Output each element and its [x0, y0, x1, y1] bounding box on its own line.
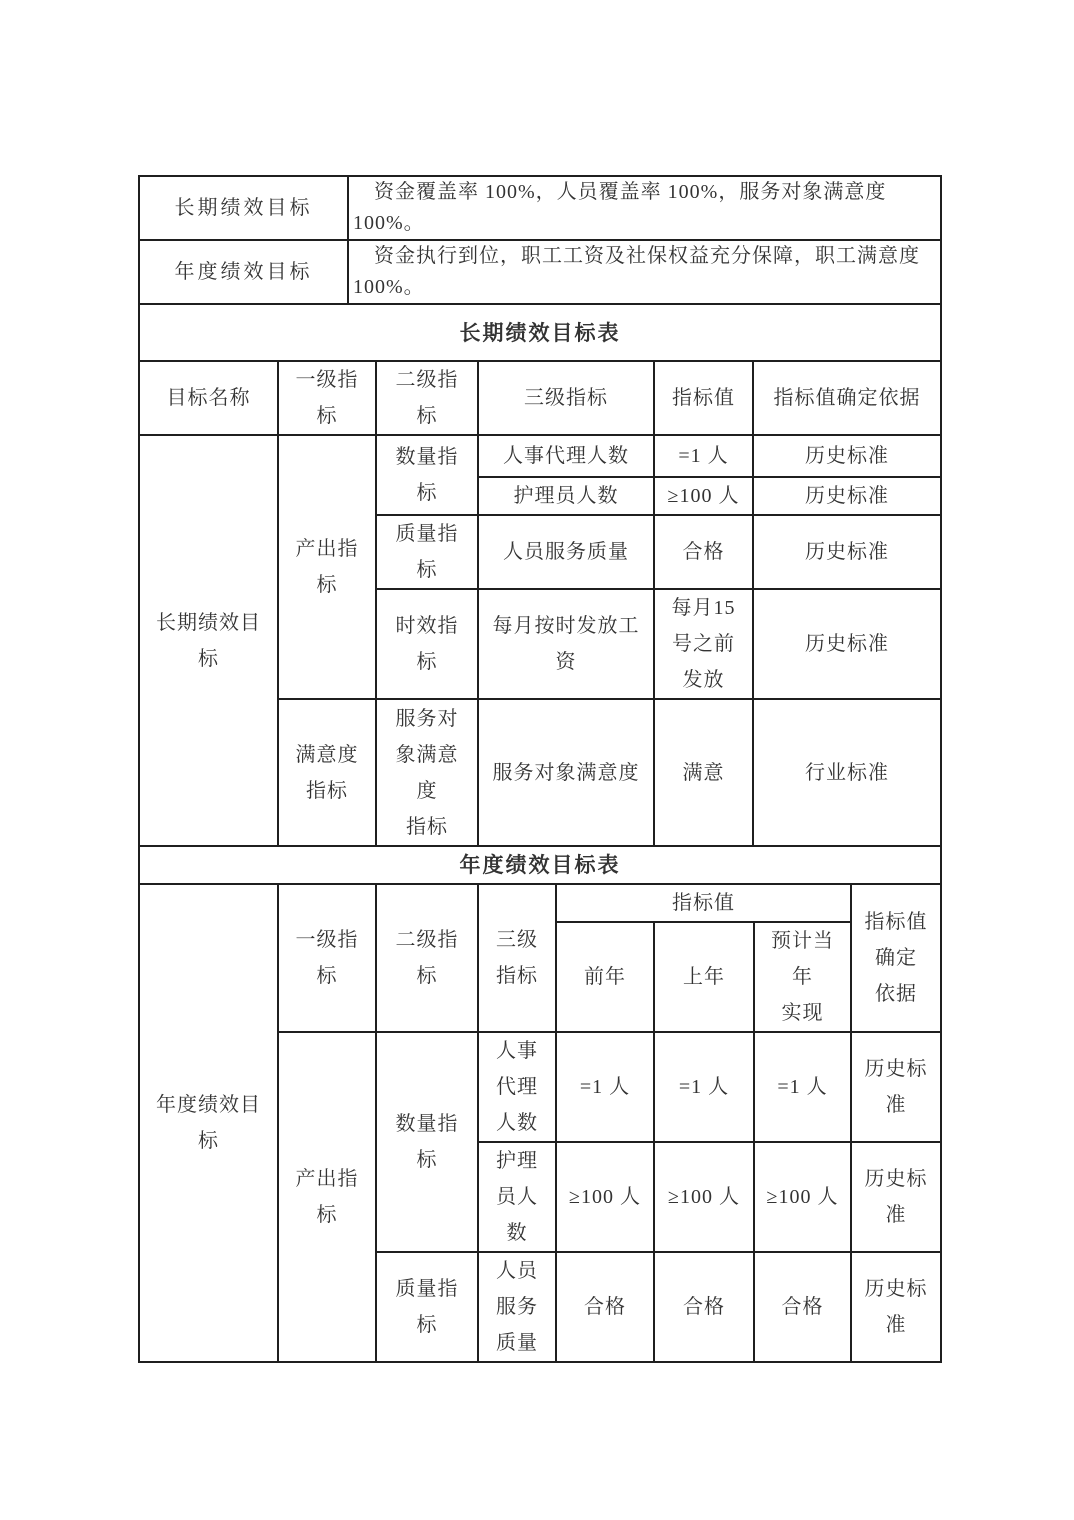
header-year-before: 前年	[556, 922, 654, 1032]
level3-cell: 人事代理人数	[478, 435, 654, 477]
annual-goal-value: 资金执行到位，职工工资及社保权益充分保障，职工满意度 100%。	[348, 240, 941, 304]
table-header-row: 年度绩效目 标 一级指 标 二级指 标 三级 指标 指标值 指标值 确定 依据	[139, 884, 941, 922]
value-cell: ≥100 人	[654, 477, 753, 515]
basis-cell: 历史标准	[753, 435, 941, 477]
level3-cell: 每月按时发放工 资	[478, 589, 654, 699]
header-indicator-value: 指标值	[654, 361, 753, 435]
table-row: 年度绩效目标 资金执行到位，职工工资及社保权益充分保障，职工满意度 100%。	[139, 240, 941, 304]
summary-table: 长期绩效目标 资金覆盖率 100%，人员覆盖率 100%，服务对象满意度 100…	[138, 175, 942, 305]
header-level1-indicator: 一级指 标	[278, 361, 376, 435]
basis-cell: 历史标 准	[851, 1252, 941, 1362]
timeliness-indicator-cell: 时效指 标	[376, 589, 478, 699]
header-expected-current-year: 预计当 年 实现	[754, 922, 851, 1032]
level3-cell: 护理员人数	[478, 477, 654, 515]
satisfaction-indicator-cell: 满意度 指标	[278, 699, 376, 846]
long-term-goal-value: 资金覆盖率 100%，人员覆盖率 100%，服务对象满意度 100%。	[348, 176, 941, 240]
long-term-table: 长期绩效目标表 目标名称 一级指 标 二级指 标 三级指标 指标值 指标值确定依…	[138, 303, 942, 847]
last-year-value-cell: =1 人	[654, 1032, 754, 1142]
annual-table-title: 年度绩效目标表	[139, 846, 941, 884]
level3-cell: 人员 服务 质量	[478, 1252, 556, 1362]
table-row: 长期绩效目标 资金覆盖率 100%，人员覆盖率 100%，服务对象满意度 100…	[139, 176, 941, 240]
quality-indicator-cell: 质量指 标	[376, 515, 478, 589]
header-level2-indicator: 二级指 标	[376, 361, 478, 435]
table-row: 年度绩效目标表	[139, 846, 941, 884]
quality-indicator-cell: 质量指 标	[376, 1252, 478, 1362]
basis-cell: 行业标准	[753, 699, 941, 846]
level3-cell: 人员服务质量	[478, 515, 654, 589]
basis-cell: 历史标准	[753, 589, 941, 699]
basis-cell: 历史标 准	[851, 1142, 941, 1252]
expected-value-cell: =1 人	[754, 1032, 851, 1142]
level3-cell: 护理 员人 数	[478, 1142, 556, 1252]
output-indicator-cell: 产出指 标	[278, 1032, 376, 1362]
header-goal-name: 目标名称	[139, 361, 278, 435]
long-term-goal-label: 长期绩效目标	[139, 176, 348, 240]
basis-cell: 历史标准	[753, 515, 941, 589]
annual-table: 年度绩效目标表 年度绩效目 标 一级指 标 二级指 标 三级 指标 指标值 指标…	[138, 845, 942, 1363]
header-level3-indicator: 三级指标	[478, 361, 654, 435]
last-year-value-cell: ≥100 人	[654, 1142, 754, 1252]
performance-tables-content: 长期绩效目标 资金覆盖率 100%，人员覆盖率 100%，服务对象满意度 100…	[138, 175, 940, 1363]
annual-goal-label: 年度绩效目标	[139, 240, 348, 304]
header-indicator-value-group: 指标值	[556, 884, 851, 922]
basis-cell: 历史标 准	[851, 1032, 941, 1142]
quantity-indicator-cell: 数量指 标	[376, 435, 478, 515]
long-term-table-title: 长期绩效目标表	[139, 304, 941, 361]
header-level2-indicator: 二级指 标	[376, 884, 478, 1032]
document-page: 长期绩效目标 资金覆盖率 100%，人员覆盖率 100%，服务对象满意度 100…	[0, 0, 1074, 1520]
year-before-value-cell: ≥100 人	[556, 1142, 654, 1252]
value-cell: 每月15 号之前 发放	[654, 589, 753, 699]
header-level1-indicator: 一级指 标	[278, 884, 376, 1032]
service-satisfaction-indicator-cell: 服务对 象满意 度 指标	[376, 699, 478, 846]
table-row: 长期绩效目 标 产出指 标 数量指 标 人事代理人数 =1 人 历史标准	[139, 435, 941, 477]
value-cell: =1 人	[654, 435, 753, 477]
table-row: 长期绩效目标表	[139, 304, 941, 361]
header-value-basis: 指标值 确定 依据	[851, 884, 941, 1032]
quantity-indicator-cell: 数量指 标	[376, 1032, 478, 1252]
last-year-value-cell: 合格	[654, 1252, 754, 1362]
header-value-basis: 指标值确定依据	[753, 361, 941, 435]
header-level3-indicator: 三级 指标	[478, 884, 556, 1032]
expected-value-cell: ≥100 人	[754, 1142, 851, 1252]
output-indicator-cell: 产出指 标	[278, 435, 376, 699]
header-last-year: 上年	[654, 922, 754, 1032]
year-before-value-cell: 合格	[556, 1252, 654, 1362]
level3-cell: 人事 代理 人数	[478, 1032, 556, 1142]
expected-value-cell: 合格	[754, 1252, 851, 1362]
year-before-value-cell: =1 人	[556, 1032, 654, 1142]
long-term-goal-name-cell: 长期绩效目 标	[139, 435, 278, 846]
basis-cell: 历史标准	[753, 477, 941, 515]
level3-cell: 服务对象满意度	[478, 699, 654, 846]
value-cell: 合格	[654, 515, 753, 589]
annual-goal-name-cell: 年度绩效目 标	[139, 884, 278, 1362]
table-header-row: 目标名称 一级指 标 二级指 标 三级指标 指标值 指标值确定依据	[139, 361, 941, 435]
value-cell: 满意	[654, 699, 753, 846]
